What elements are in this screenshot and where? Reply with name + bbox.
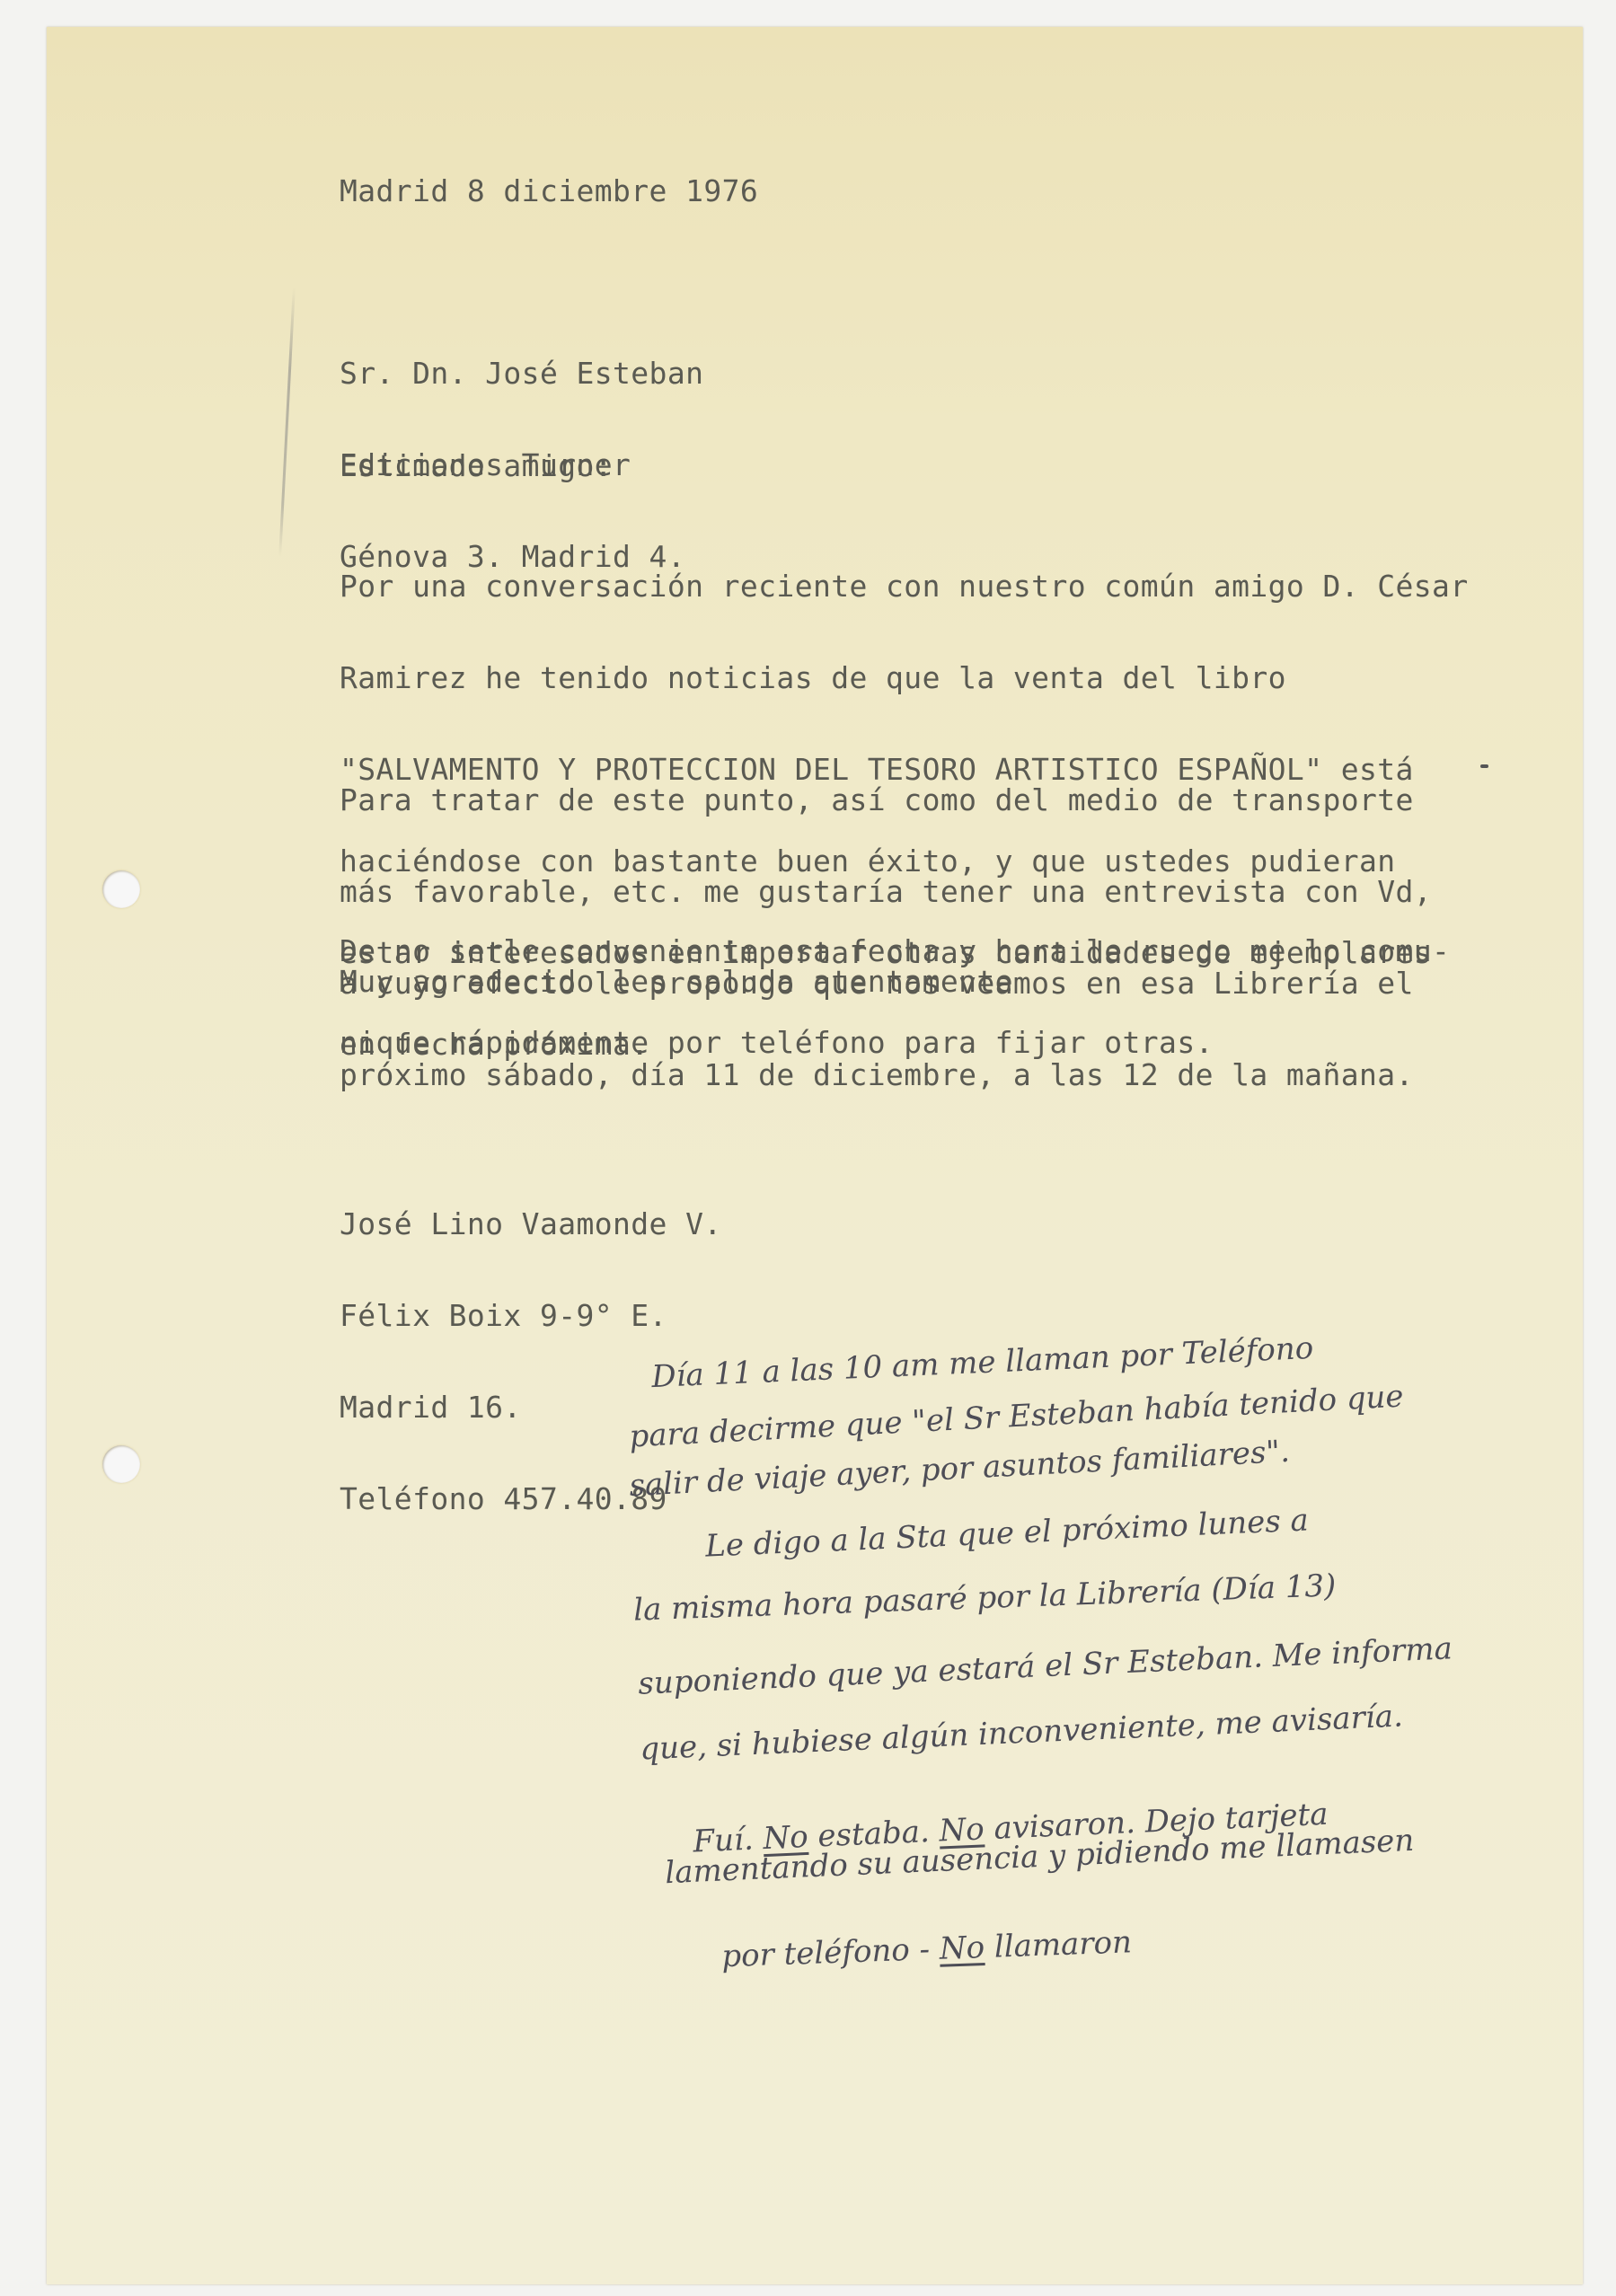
paragraph-line: nique rápidamente por teléfono para fija… <box>340 1028 1450 1058</box>
paragraph-line: Por una conversación reciente con nuestr… <box>340 571 1469 602</box>
punch-hole-upper <box>102 870 140 908</box>
sender-name: José Lino Vaamonde V. <box>340 1209 722 1240</box>
paragraph-line: Ramirez he tenido noticias de que la ven… <box>340 663 1469 693</box>
handwritten-line: por teléfono - No llamaron <box>681 1896 1133 2003</box>
salutation: Estimado amigo: <box>340 451 613 481</box>
punch-hole-lower <box>102 1445 140 1483</box>
note-text: llamaron <box>984 1924 1132 1965</box>
underlined-no: No <box>939 1930 985 1967</box>
recipient-name: Sr. Dn. José Esteban <box>340 358 703 389</box>
ink-dash-mark <box>1480 764 1488 768</box>
letter-date: Madrid 8 diciembre 1976 <box>340 176 758 207</box>
closing: Muy agradecido les saluda atentamente <box>340 967 1013 997</box>
paragraph-line: De no serle conveniente esa fecha y hora… <box>340 936 1450 967</box>
note-text: por teléfono - <box>721 1931 940 1974</box>
paragraph-line: Para tratar de este punto, así como del … <box>340 785 1432 816</box>
sender-address: Félix Boix 9-9° E. <box>340 1301 722 1331</box>
